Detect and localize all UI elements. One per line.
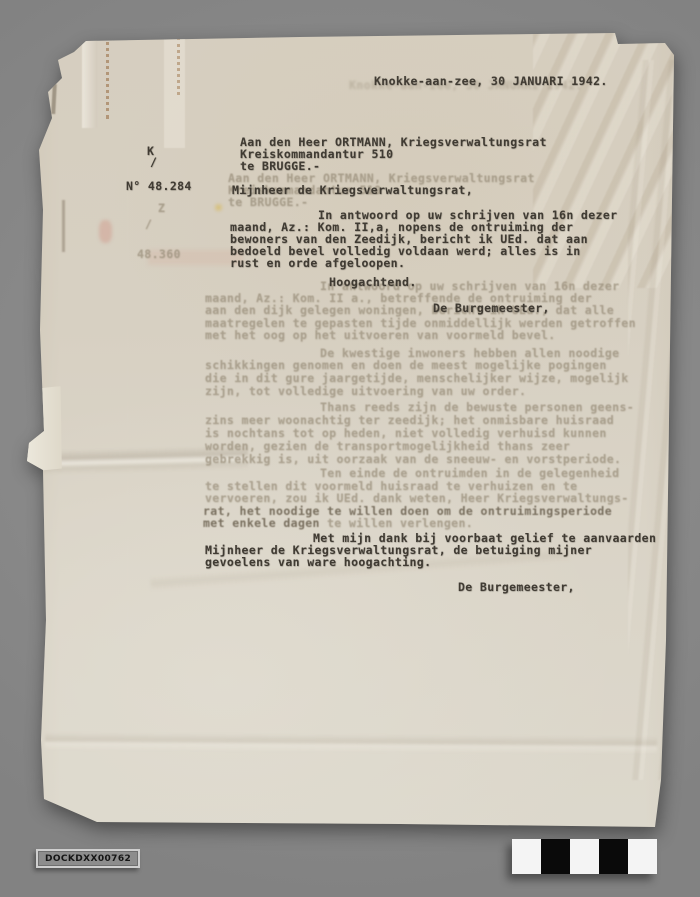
scale-square-white	[628, 839, 657, 874]
ghost-margin-z: Z	[158, 202, 165, 214]
rust-staple-mark	[106, 35, 109, 119]
catalog-label: DOCKDXX00762	[36, 849, 140, 868]
rust-staple-mark	[177, 37, 180, 95]
ghost-address-line: te BRUGGE.-	[228, 196, 308, 208]
ghost-body-line: die in dit gure jaargetijde, menschelijk…	[205, 372, 629, 384]
scale-square-white	[570, 839, 599, 874]
tear-strip	[82, 38, 97, 128]
ghost-body-line: Ten einde de ontruimden in de gelegenhei…	[320, 467, 619, 479]
scale-square-black	[599, 839, 628, 874]
ghost-body-line: schikkingen genomen en doen de meest mog…	[205, 359, 607, 371]
ghost-body-line: met het oog op het uitvoeren van voormel…	[205, 329, 556, 341]
date-line: Knokke-aan-zee, 30 JANUARI 1942.	[374, 75, 608, 87]
body-line: gevoelens van ware hoogachting.	[205, 556, 431, 568]
ghost-body-line: met enkele dagen	[203, 517, 320, 529]
tear-strip	[164, 36, 185, 148]
ghost-margin-slash: /	[145, 218, 152, 230]
address-line: te BRUGGE.-	[240, 160, 320, 172]
tear-slit	[62, 200, 65, 252]
closing-salute: Hoogachtend.	[329, 276, 417, 288]
scale-square-black	[541, 839, 570, 874]
ghost-body-line: te willen verlengen.	[327, 517, 473, 529]
ghost-body-line: worden, gezien de transportmogelijkheid …	[205, 440, 570, 452]
ghost-body-line: is nochtans tot op heden, niet volledig …	[205, 427, 607, 439]
stain	[99, 220, 112, 243]
torn-edge-flap	[26, 386, 62, 472]
ghost-body-line: zijn, tot volledige uitvoering van uw or…	[205, 385, 526, 397]
ghost-file-number: 48.360	[137, 248, 181, 260]
paper-surface: Knokke-aan-zee, 30 JANUARI 1942. Aan den…	[0, 0, 700, 897]
scale-square-white	[512, 839, 541, 874]
ghost-body-line: Thans reeds zijn de bewuste personen gee…	[320, 401, 634, 413]
photo-background: Knokke-aan-zee, 30 JANUARI 1942. Aan den…	[0, 0, 700, 897]
margin-slash: /	[150, 156, 157, 168]
signature: De Burgemeester,	[458, 581, 575, 593]
file-number: N° 48.284	[126, 180, 192, 192]
salutation: Mijnheer de Kriegsverwaltungsrat,	[232, 184, 473, 196]
ghost-body-line: zins meer woonachtig ter zeedijk; het on…	[205, 414, 614, 426]
tear-slit	[51, 84, 57, 114]
body-line: rust en orde afgeloopen.	[230, 257, 405, 269]
ghost-body-line: vervoeren, zou ik UEd. dank weten, Heer …	[205, 492, 629, 504]
paper-sheet: Knokke-aan-zee, 30 JANUARI 1942. Aan den…	[0, 0, 700, 897]
signature: De Burgemeester,	[433, 302, 550, 314]
wrinkle-right-edge	[628, 60, 686, 780]
fold-crease-bottom	[45, 732, 657, 754]
ghost-body-line: gebrekkig is, uit oorzaak van de sneeuw-…	[205, 453, 621, 465]
ghost-body-line: aan den dijk gelegen woningen, bericht i…	[205, 304, 614, 316]
stain	[213, 202, 224, 213]
scale-bar	[512, 839, 657, 874]
